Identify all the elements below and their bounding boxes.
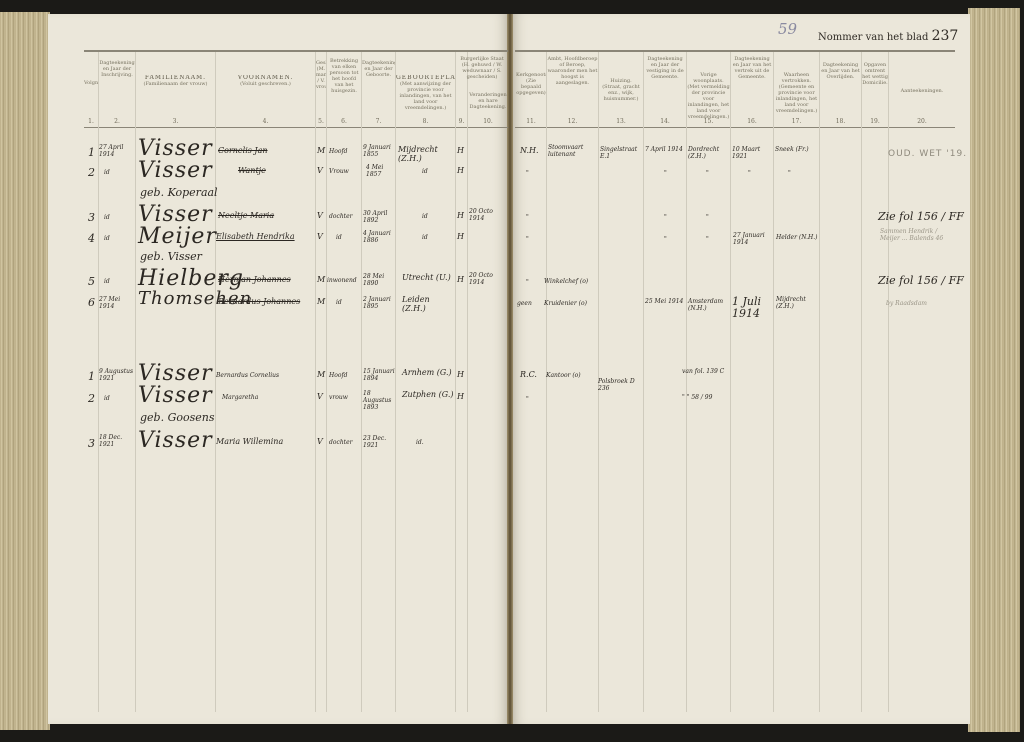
entry-1-nr: 1 (88, 146, 95, 159)
entry-4-note: Sammen Hendrik / Meijer ... Balends 46 (880, 228, 955, 242)
entry-1-address: Singelstraat E.1 (600, 146, 643, 160)
page-label: Nommer van het blad (818, 32, 928, 43)
entry-2-surname: Visser (138, 158, 213, 183)
entry-8-settled: " " 58 / 99 (682, 394, 730, 401)
entry-4-church: " (526, 236, 529, 243)
entry-9-nr: 3 (88, 437, 95, 450)
entry-3-change: 20 Octo 1914 (469, 208, 507, 222)
entry-2-relation: Vrouw (329, 168, 349, 175)
entry-1-departed: 10 Maart 1921 (732, 146, 773, 160)
col-num-4: 4. (216, 118, 315, 125)
entry-7-civil: H (457, 370, 464, 379)
entry-7-nr: 1 (88, 370, 95, 383)
entry-1-occupation: Stoomvaart luitenant (548, 144, 598, 158)
entry-7-birthplace: Arnhem (G.) (402, 368, 455, 377)
entry-4-birth: 4 Januari 1886 (363, 230, 396, 244)
entry-7-settled: van fol. 139 C (682, 368, 730, 375)
entry-9-birthplace: id. (416, 439, 424, 446)
entry-7-birth: 15 Januari 1894 (363, 368, 396, 382)
entry-8-date: id (104, 395, 110, 402)
entry-1-civil: H (457, 146, 464, 155)
entry-4-given: Elisabeth Hendrika (216, 232, 295, 241)
col-num-6: 6. (327, 118, 361, 125)
entry-3-given: Neeltje Maria (218, 211, 274, 220)
entry-6-date: 27 Mei 1914 (99, 296, 135, 310)
col-num-17: 17. (774, 118, 819, 125)
col-num-2: 2. (99, 118, 135, 125)
entry-7-date: 9 Augustus 1921 (99, 368, 135, 382)
entry-6-sex: M (317, 297, 325, 306)
entry-2-birth: 4 Mei 1857 (366, 164, 396, 178)
col-header-3: FAMILIENAAM.(Familienaam der vrouw) (136, 75, 215, 87)
entry-8-birthplace: Zutphen (G.) (402, 390, 455, 399)
entry-2-previous: " (706, 170, 709, 177)
entry-8-surname-note: geb. Goosens (140, 411, 215, 424)
entry-4-surname-note: geb. Visser (140, 250, 202, 263)
entry-8-nr: 2 (88, 392, 95, 405)
entry-5-church: " (526, 279, 529, 286)
col-num-3: 3. (136, 118, 215, 125)
entry-6-relation: id (336, 299, 342, 306)
entry-4-birthplace: id (422, 234, 428, 241)
entry-4-nr: 4 (88, 232, 95, 245)
entry-1-birth: 9 Januari 1855 (363, 144, 396, 158)
entry-7-given: Bernardus Cornelius (216, 372, 279, 379)
entry-2-given: Wantje (238, 166, 266, 175)
entry-7-occupation: Kantoor (o) (546, 372, 581, 379)
entry-4-date: id (104, 235, 110, 242)
entry-4-civil: H (457, 232, 464, 241)
entry-1-destination: Sneek (Fr.) (775, 146, 819, 153)
col-header-2: Dagteekening en Jaar der Inschrijving. (99, 60, 135, 78)
col-4-sub: (Voluit geschreven.) (240, 81, 291, 87)
entry-5-note: Zie fol 156 / FF (878, 274, 964, 287)
entry-6-church: geen (517, 300, 532, 307)
entry-8-surname: Visser (138, 383, 213, 408)
entry-2-settled: " (664, 170, 667, 177)
entry-2-date: id (104, 169, 110, 176)
entry-4-surname: Meijer (138, 224, 217, 249)
col-header-9: Burgerlijke Staat (H. gehuwd / W. weduwn… (456, 56, 508, 80)
entry-7-sex: M (317, 370, 325, 379)
page-number: 237 (932, 28, 959, 44)
col-num-8: 8. (396, 118, 455, 125)
entry-1-sex: M (317, 146, 325, 155)
entry-3-settled: " (664, 214, 667, 221)
page-edges-left (0, 12, 50, 730)
entry-3-previous: " (706, 214, 709, 221)
register-stamp: OUD. WET '19. (888, 149, 967, 159)
entry-8-relation: vrouw (329, 394, 348, 401)
entry-1-previous: Dordrecht (Z.H.) (688, 146, 730, 160)
col-header-14: Dagteekening en Jaar der vestiging in de… (644, 56, 686, 80)
col-num-18: 18. (820, 118, 861, 125)
entry-8-given: Margaretha (222, 394, 258, 401)
entry-7-address: Polsbroek D 236 (598, 378, 642, 392)
entry-2-sex: V (317, 166, 323, 175)
col-header-16: Dagteekening en Jaar van het vertrek uit… (731, 56, 773, 80)
col-15-sub: (Met vermelding der provincie voor inlan… (687, 84, 729, 120)
entry-6-departed: 1 Juli 1914 (732, 296, 773, 320)
col-header-10: Veranderingen en hare Dagteekening. (468, 92, 508, 110)
header-bottom-rule-left (84, 127, 508, 128)
col-header-18: Dagteekening en Jaar van het Overlijden. (820, 62, 861, 80)
entry-6-note: by Raadsdam (886, 300, 927, 307)
entry-5-change: 20 Octo 1914 (469, 272, 507, 286)
entry-4-relation: id (336, 234, 342, 241)
col-15-title: Vorige woonplaats. (693, 72, 723, 84)
entry-9-given: Maria Willemina (216, 437, 283, 446)
entry-3-sex: V (317, 211, 323, 220)
entry-5-birth: 28 Mei 1890 (363, 273, 396, 287)
col-num-11: 11. (516, 118, 546, 125)
header-top-rule-right (515, 50, 955, 52)
col-num-15: 15. (687, 118, 730, 125)
col-num-7: 7. (362, 118, 395, 125)
entry-5-relation: inwonend (327, 277, 357, 284)
entry-2-nr: 2 (88, 166, 95, 179)
col-num-13: 13. (599, 118, 643, 125)
entry-9-birth: 23 Dec. 1921 (363, 435, 396, 449)
col-3-sub: (Familienaam der vrouw) (144, 81, 208, 87)
entry-5-occupation: Winkelchef (o) (544, 278, 588, 285)
col-header-17: Waarheen vertrokken.(Gemeente en provinc… (774, 72, 819, 114)
entry-2-departed: " (748, 170, 751, 177)
entry-9-sex: V (317, 437, 323, 446)
col-header-15: Vorige woonplaats.(Met vermelding der pr… (687, 72, 730, 120)
entry-2-civil: H (457, 166, 464, 175)
entry-1-relation: Hoofd (329, 148, 348, 155)
entry-2-destination: " (788, 170, 791, 177)
entry-1-church: N.H. (520, 146, 539, 155)
entry-9-surname: Visser (138, 428, 213, 453)
register-book: 59 Nommer van het blad 237 Volgnummers. … (0, 0, 1024, 742)
entry-4-previous: " (706, 236, 709, 243)
col-header-20: Aanteekeningen. (889, 88, 955, 94)
col-header-4: VOORNAMEN.(Voluit geschreven.) (216, 75, 315, 87)
col-header-5: Geslacht (M. mannelijk / V. vrouwelijk) (316, 60, 326, 90)
col-header-19: Opgaven omtrent het wettig Domicilie. (862, 62, 888, 86)
entry-9-relation: dochter (329, 439, 353, 446)
entry-1-birthplace: Mijdrecht (Z.H.) (398, 145, 455, 163)
entry-2-birthplace: id (422, 168, 428, 175)
entry-8-birth: 18 Augustus 1893 (363, 390, 396, 411)
col-17-title: Waarheen vertrokken. (782, 72, 811, 84)
col-num-14: 14. (644, 118, 686, 125)
entry-3-nr: 3 (88, 211, 95, 224)
col-header-11: Kerkgenootschap(Zie bepaald opgegeven) (516, 72, 546, 96)
col-num-10: 10. (468, 118, 508, 125)
entry-5-given: Herman Johannes (218, 275, 291, 284)
entry-5-sex: M (317, 275, 325, 284)
col-num-5: 5. (316, 118, 326, 125)
entry-6-nr: 6 (88, 296, 95, 309)
col-8-sub: (Met aanwijzing der provincie voor inlan… (399, 81, 451, 111)
entry-5-civil: H (457, 275, 464, 284)
entry-6-birth: 2 Januari 1895 (363, 296, 396, 310)
entry-6-destination: Mijdrecht (Z.H.) (776, 296, 819, 310)
col-num-16: 16. (731, 118, 773, 125)
col-num-9: 9. (456, 118, 467, 125)
entry-5-birthplace: Utrecht (U.) (402, 273, 455, 282)
header-top-rule-left (84, 50, 508, 52)
entry-1-date: 27 April 1914 (99, 144, 135, 158)
header-bottom-rule-right (515, 127, 955, 128)
col-header-13: Huizing.(Straat, gracht enz., wijk, huis… (599, 78, 643, 102)
col-header-6: Betrekking van elken persoon tot het hoo… (327, 58, 361, 94)
col-num-1: 1. (84, 118, 98, 125)
entry-5-date: id (104, 278, 110, 285)
entry-5-nr: 5 (88, 275, 95, 288)
entry-8-church: " (526, 396, 529, 403)
entry-4-settled: " (664, 236, 667, 243)
page-edges-right (968, 8, 1020, 732)
col-13-sub: (Straat, gracht enz., wijk, huisnummer.) (602, 84, 640, 102)
entry-2-surname-note: geb. Koperaal (140, 186, 218, 199)
entry-3-birth: 30 April 1892 (363, 210, 396, 224)
entry-4-destination: Helder (N.H.) (776, 234, 819, 241)
entry-3-birthplace: id (422, 213, 428, 220)
entry-6-occupation: Kruidenier (o) (544, 300, 587, 307)
entry-9-date: 18 Dec. 1921 (99, 434, 135, 448)
entry-1-settled: 7 April 1914 (645, 146, 686, 153)
pencil-page-number: 59 (778, 20, 797, 38)
entry-3-church: " (526, 214, 529, 221)
entry-4-departed: 27 Januari 1914 (733, 232, 773, 246)
entry-3-date: id (104, 214, 110, 221)
entry-6-birthplace: Leiden (Z.H.) (402, 295, 455, 313)
entry-8-sex: V (317, 392, 323, 401)
entry-8-civil: H (457, 392, 464, 401)
entry-3-civil: H (457, 211, 464, 220)
col-num-19: 19. (862, 118, 888, 125)
col-11-sub: (Zie bepaald opgegeven) (516, 78, 546, 96)
col-num-12: 12. (547, 118, 598, 125)
col-17-sub: (Gemeente en provincie voor inlandingen,… (776, 84, 817, 114)
entry-7-church: R.C. (520, 370, 537, 379)
entry-3-relation: dochter (329, 213, 353, 220)
entry-6-previous: Amsterdam (N.H.) (688, 298, 730, 312)
col-header-12: Ambt, Hoofdberoep of Beroep, waaronder m… (547, 56, 598, 86)
col-header-1: Volgnummers. (84, 80, 98, 86)
col-num-20: 20. (889, 118, 955, 125)
entry-4-sex: V (317, 232, 323, 241)
page-number-label: Nommer van het blad 237 (818, 28, 958, 44)
col-header-8: GEBOORTEPLAATS.(Met aanwijzing der provi… (396, 75, 455, 111)
entry-7-relation: Hoofd (329, 372, 348, 379)
entry-6-given: Bernardus Johannes (218, 297, 300, 306)
entry-1-given: Cornelis Jan (218, 146, 268, 155)
entry-6-settled: 25 Mei 1914 (645, 298, 686, 305)
col-header-7: Dagteekening en Jaar der Geboorte. (362, 60, 395, 78)
entry-2-church: " (526, 170, 529, 177)
entry-3-note: Zie fol 156 / FF (878, 210, 964, 223)
